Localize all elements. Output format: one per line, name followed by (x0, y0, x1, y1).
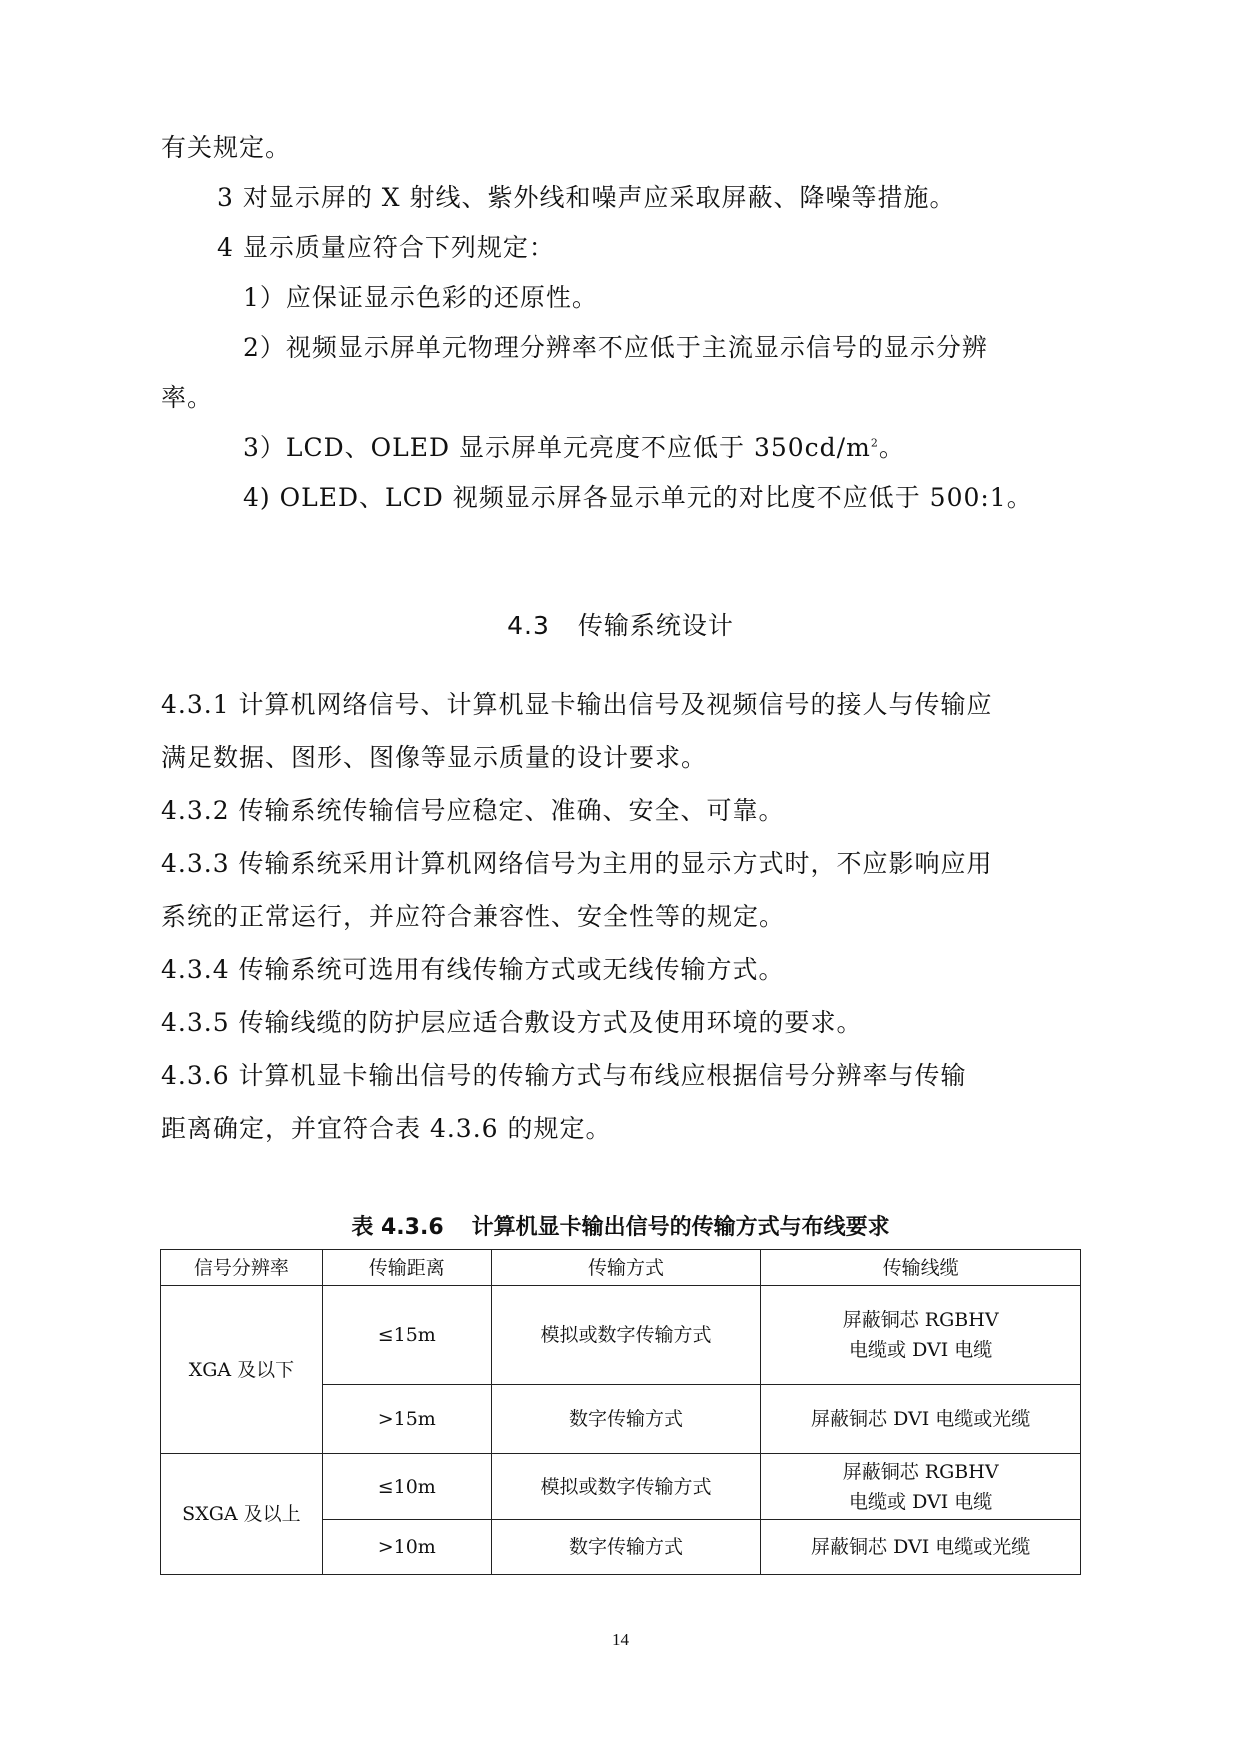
clause-line: 4.3.4 传输系统可选用有线传输方式或无线传输方式。 (161, 955, 785, 985)
clause-line: 系统的正常运行，并应符合兼容性、安全性等的规定。 (161, 902, 785, 932)
cell-cable: 屏蔽铜芯 RGBHV 电缆或 DVI 电缆 (761, 1286, 1081, 1385)
cell-distance: >10m (322, 1520, 491, 1575)
table-row: SXGA 及以上 ≤10m 模拟或数字传输方式 屏蔽铜芯 RGBHV 电缆或 D… (161, 1454, 1081, 1520)
table-number: 表 4.3.6 (351, 1215, 443, 1240)
cell-distance: ≤10m (322, 1454, 491, 1520)
section-heading: 4.3传输系统设计 (0, 611, 1241, 641)
body-line: 2）视频显示屏单元物理分辨率不应低于主流显示信号的显示分辨 (243, 333, 988, 363)
clause-line: 4.3.5 传输线缆的防护层应适合敷设方式及使用环境的要求。 (161, 1008, 863, 1038)
cell-distance: ≤15m (322, 1286, 491, 1385)
table-row: XGA 及以下 ≤15m 模拟或数字传输方式 屏蔽铜芯 RGBHV 电缆或 DV… (161, 1286, 1081, 1385)
table-caption: 表 4.3.6计算机显卡输出信号的传输方式与布线要求 (0, 1210, 1241, 1241)
header-resolution: 信号分辨率 (161, 1250, 323, 1286)
cell-resolution: XGA 及以下 (161, 1286, 323, 1454)
body-line-text: 3）LCD、OLED 显示屏单元亮度不应低于 350cd/m (243, 433, 871, 462)
cell-method: 模拟或数字传输方式 (491, 1454, 761, 1520)
body-line: 3）LCD、OLED 显示屏单元亮度不应低于 350cd/m2。 (243, 433, 905, 463)
table-header-row: 信号分辨率 传输距离 传输方式 传输线缆 (161, 1250, 1081, 1286)
body-line: 4 显示质量应符合下列规定： (217, 233, 555, 263)
cable-line: 屏蔽铜芯 RGBHV (767, 1305, 1074, 1335)
header-cable: 传输线缆 (761, 1250, 1081, 1286)
cell-method: 数字传输方式 (491, 1385, 761, 1454)
clause-line: 4.3.6 计算机显卡输出信号的传输方式与布线应根据信号分辨率与传输 (161, 1061, 967, 1091)
header-method: 传输方式 (491, 1250, 761, 1286)
cell-method: 数字传输方式 (491, 1520, 761, 1575)
body-line-tail: 。 (879, 433, 905, 462)
body-line: 有关规定。 (161, 133, 291, 163)
clause-line: 4.3.2 传输系统传输信号应稳定、准确、安全、可靠。 (161, 796, 785, 826)
cell-distance: >15m (322, 1385, 491, 1454)
body-line: 3 对显示屏的 X 射线、紫外线和噪声应采取屏蔽、降噪等措施。 (217, 183, 956, 213)
cell-resolution: SXGA 及以上 (161, 1454, 323, 1575)
cable-line: 屏蔽铜芯 RGBHV (767, 1457, 1074, 1487)
body-line: 1）应保证显示色彩的还原性。 (243, 283, 598, 313)
cell-cable: 屏蔽铜芯 RGBHV 电缆或 DVI 电缆 (761, 1454, 1081, 1520)
cell-method: 模拟或数字传输方式 (491, 1286, 761, 1385)
clause-line: 4.3.1 计算机网络信号、计算机显卡输出信号及视频信号的接人与传输应 (161, 690, 993, 720)
section-title: 传输系统设计 (578, 611, 734, 640)
cell-cable: 屏蔽铜芯 DVI 电缆或光缆 (761, 1385, 1081, 1454)
header-distance: 传输距离 (322, 1250, 491, 1286)
superscript: 2 (871, 437, 879, 450)
cell-cable: 屏蔽铜芯 DVI 电缆或光缆 (761, 1520, 1081, 1575)
body-line: 率。 (161, 383, 213, 413)
clause-line: 4.3.3 传输系统采用计算机网络信号为主用的显示方式时，不应影响应用 (161, 849, 993, 879)
section-number: 4.3 (507, 611, 550, 640)
table-title: 计算机显卡输出信号的传输方式与布线要求 (472, 1215, 890, 1240)
body-line: 4) OLED、LCD 视频显示屏各显示单元的对比度不应低于 500:1。 (243, 483, 1033, 513)
clause-line: 距离确定，并宜符合表 4.3.6 的规定。 (161, 1114, 612, 1144)
cable-line: 电缆或 DVI 电缆 (767, 1335, 1074, 1365)
transmission-table: 信号分辨率 传输距离 传输方式 传输线缆 XGA 及以下 ≤15m 模拟或数字传… (160, 1249, 1081, 1575)
cable-line: 电缆或 DVI 电缆 (767, 1487, 1074, 1517)
clause-line: 满足数据、图形、图像等显示质量的设计要求。 (161, 743, 707, 773)
page-number: 14 (0, 1630, 1241, 1650)
